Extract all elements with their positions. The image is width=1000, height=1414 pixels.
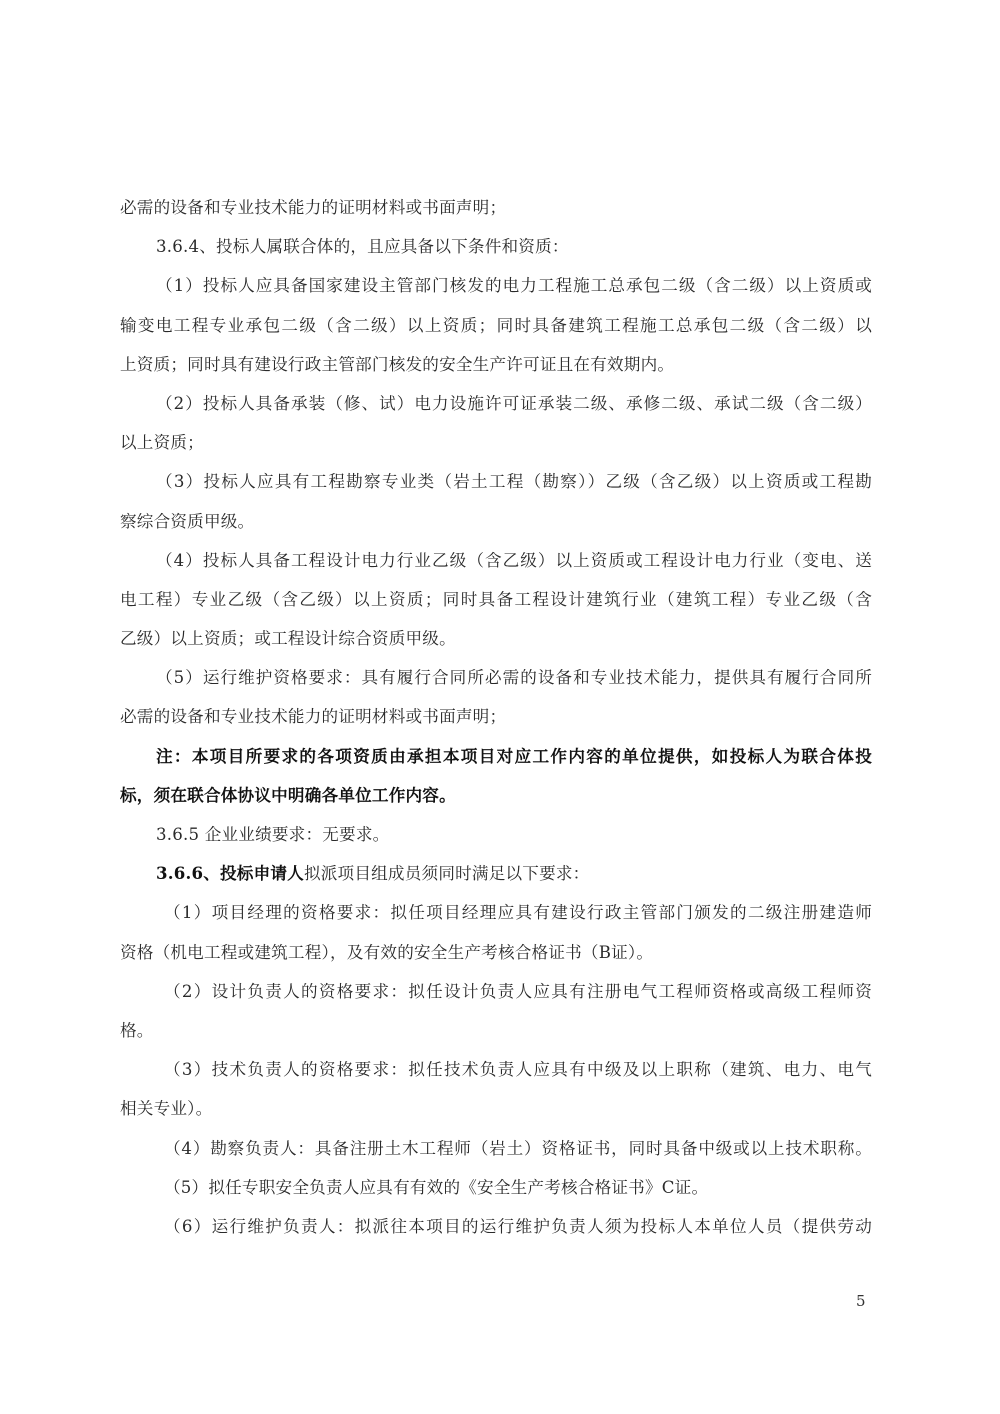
text-line: （3）投标人应具有工程勘察专业类（岩土工程（勘察））乙级（含乙级）以上资质或工程… [120, 462, 872, 501]
text-line: （4）勘察负责人：具备注册土木工程师（岩土）资格证书，同时具备中级或以上技术职称… [120, 1129, 872, 1168]
clause-3-6-6-heading: 3.6.6、投标申请人拟派项目组成员须同时满足以下要求： [120, 854, 872, 893]
text-line: （5）运行维护资格要求：具有履行合同所必需的设备和专业技术能力，提供具有履行合同… [120, 658, 872, 697]
text-line: （3）技术负责人的资格要求：拟任技术负责人应具有中级及以上职称（建筑、电力、电气 [120, 1050, 872, 1089]
text-line: 相关专业）。 [120, 1089, 872, 1128]
document-body: 必需的设备和专业技术能力的证明材料或书面声明； 3.6.4、投标人属联合体的，且… [120, 188, 872, 1246]
text-line: （1）投标人应具备国家建设主管部门核发的电力工程施工总承包二级（含二级）以上资质… [120, 266, 872, 305]
text-line: 电工程）专业乙级（含乙级）以上资质；同时具备工程设计建筑行业（建筑工程）专业乙级… [120, 580, 872, 619]
text-line: 必需的设备和专业技术能力的证明材料或书面声明； [120, 188, 872, 227]
text-line: 察综合资质甲级。 [120, 502, 872, 541]
text-line: 上资质；同时具有建设行政主管部门核发的安全生产许可证且在有效期内。 [120, 345, 872, 384]
clause-3-6-4-heading: 3.6.4、投标人属联合体的，且应具备以下条件和资质： [120, 227, 872, 266]
text-line: （2）设计负责人的资格要求：拟任设计负责人应具有注册电气工程师资格或高级工程师资 [120, 972, 872, 1011]
clause-3-6-6-rest: 拟派项目组成员须同时满足以下要求： [304, 864, 590, 883]
text-line: （6）运行维护负责人：拟派往本项目的运行维护负责人须为投标人本单位人员（提供劳动 [120, 1207, 872, 1246]
clause-3-6-6-bold-lead: 3.6.6、投标申请人 [156, 863, 304, 883]
text-line: （5）拟任专职安全负责人应具有有效的《安全生产考核合格证书》C证。 [120, 1168, 872, 1207]
text-line: 资格（机电工程或建筑工程），及有效的安全生产考核合格证书（B证）。 [120, 933, 872, 972]
text-line: （1）项目经理的资格要求：拟任项目经理应具有建设行政主管部门颁发的二级注册建造师 [120, 893, 872, 932]
note-line: 标，须在联合体协议中明确各单位工作内容。 [120, 776, 872, 815]
page-number: 5 [856, 1292, 866, 1310]
text-line: 乙级）以上资质；或工程设计综合资质甲级。 [120, 619, 872, 658]
text-line: （4）投标人具备工程设计电力行业乙级（含乙级）以上资质或工程设计电力行业（变电、… [120, 541, 872, 580]
text-line: 格。 [120, 1011, 872, 1050]
note-line: 注：本项目所要求的各项资质由承担本项目对应工作内容的单位提供，如投标人为联合体投 [120, 737, 872, 776]
document-page: 必需的设备和专业技术能力的证明材料或书面声明； 3.6.4、投标人属联合体的，且… [0, 0, 1000, 1414]
text-line: 必需的设备和专业技术能力的证明材料或书面声明； [120, 697, 872, 736]
text-line: 输变电工程专业承包二级（含二级）以上资质；同时具备建筑工程施工总承包二级（含二级… [120, 306, 872, 345]
text-line: 以上资质； [120, 423, 872, 462]
clause-3-6-5: 3.6.5 企业业绩要求：无要求。 [120, 815, 872, 854]
text-line: （2）投标人具备承装（修、试）电力设施许可证承装二级、承修二级、承试二级（含二级… [120, 384, 872, 423]
